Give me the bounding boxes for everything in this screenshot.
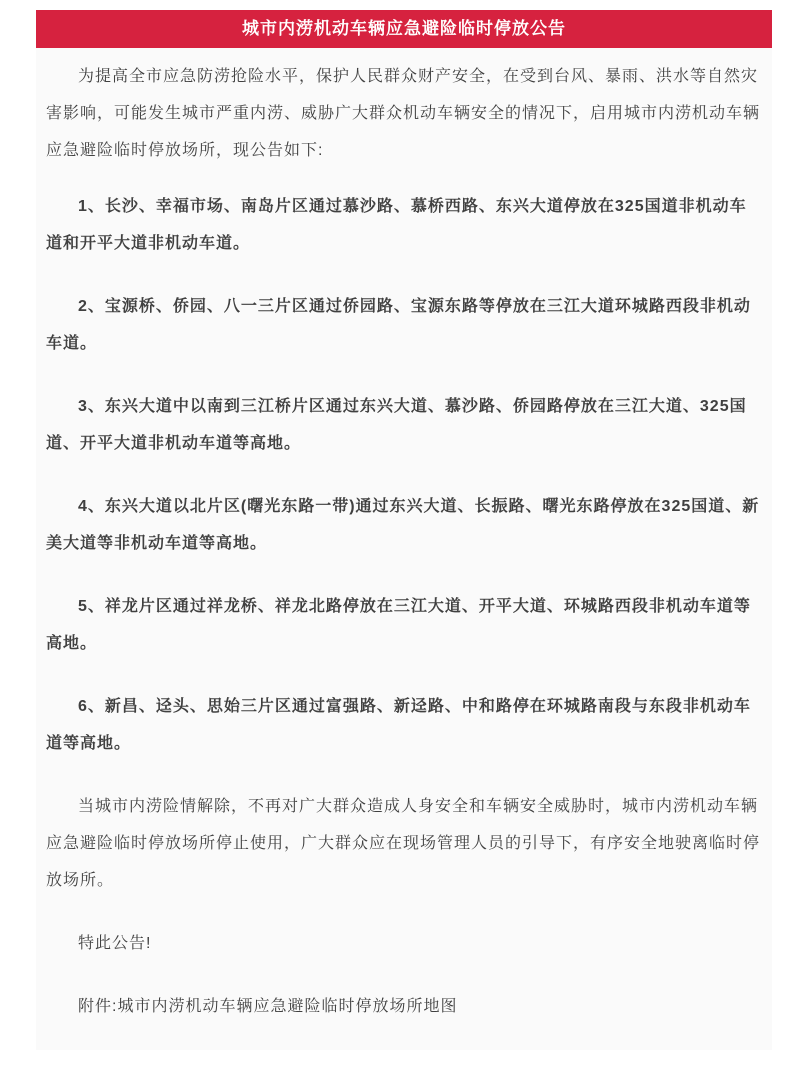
- notice-body: 为提高全市应急防涝抢险水平，保护人民群众财产安全，在受到台风、暴雨、洪水等自然灾…: [36, 48, 772, 1050]
- notice-item-1: 1、长沙、幸福市场、南岛片区通过慕沙路、慕桥西路、东兴大道停放在325国道非机动…: [46, 188, 762, 262]
- intro-paragraph: 为提高全市应急防涝抢险水平，保护人民群众财产安全，在受到台风、暴雨、洪水等自然灾…: [46, 58, 762, 169]
- notice-item-5: 5、祥龙片区通过祥龙桥、祥龙北路停放在三江大道、开平大道、环城路西段非机动车道等…: [46, 588, 762, 662]
- notice-item-3: 3、东兴大道中以南到三江桥片区通过东兴大道、慕沙路、侨园路停放在三江大道、325…: [46, 388, 762, 462]
- notice-card: 城市内涝机动车辆应急避险临时停放公告 为提高全市应急防涝抢险水平，保护人民群众财…: [36, 10, 772, 1050]
- notice-title: 城市内涝机动车辆应急避险临时停放公告: [242, 19, 566, 38]
- notice-item-6: 6、新昌、迳头、思始三片区通过富强路、新迳路、中和路停在环城路南段与东段非机动车…: [46, 688, 762, 762]
- notice-item-4: 4、东兴大道以北片区(曙光东路一带)通过东兴大道、长振路、曙光东路停放在325国…: [46, 488, 762, 562]
- closing-paragraph: 当城市内涝险情解除，不再对广大群众造成人身安全和车辆安全威胁时，城市内涝机动车辆…: [46, 788, 762, 899]
- attachment-line: 附件:城市内涝机动车辆应急避险临时停放场所地图: [46, 988, 762, 1025]
- notice-title-banner: 城市内涝机动车辆应急避险临时停放公告: [36, 10, 772, 48]
- notice-item-2: 2、宝源桥、侨园、八一三片区通过侨园路、宝源东路等停放在三江大道环城路西段非机动…: [46, 288, 762, 362]
- proclamation-line: 特此公告!: [46, 925, 762, 962]
